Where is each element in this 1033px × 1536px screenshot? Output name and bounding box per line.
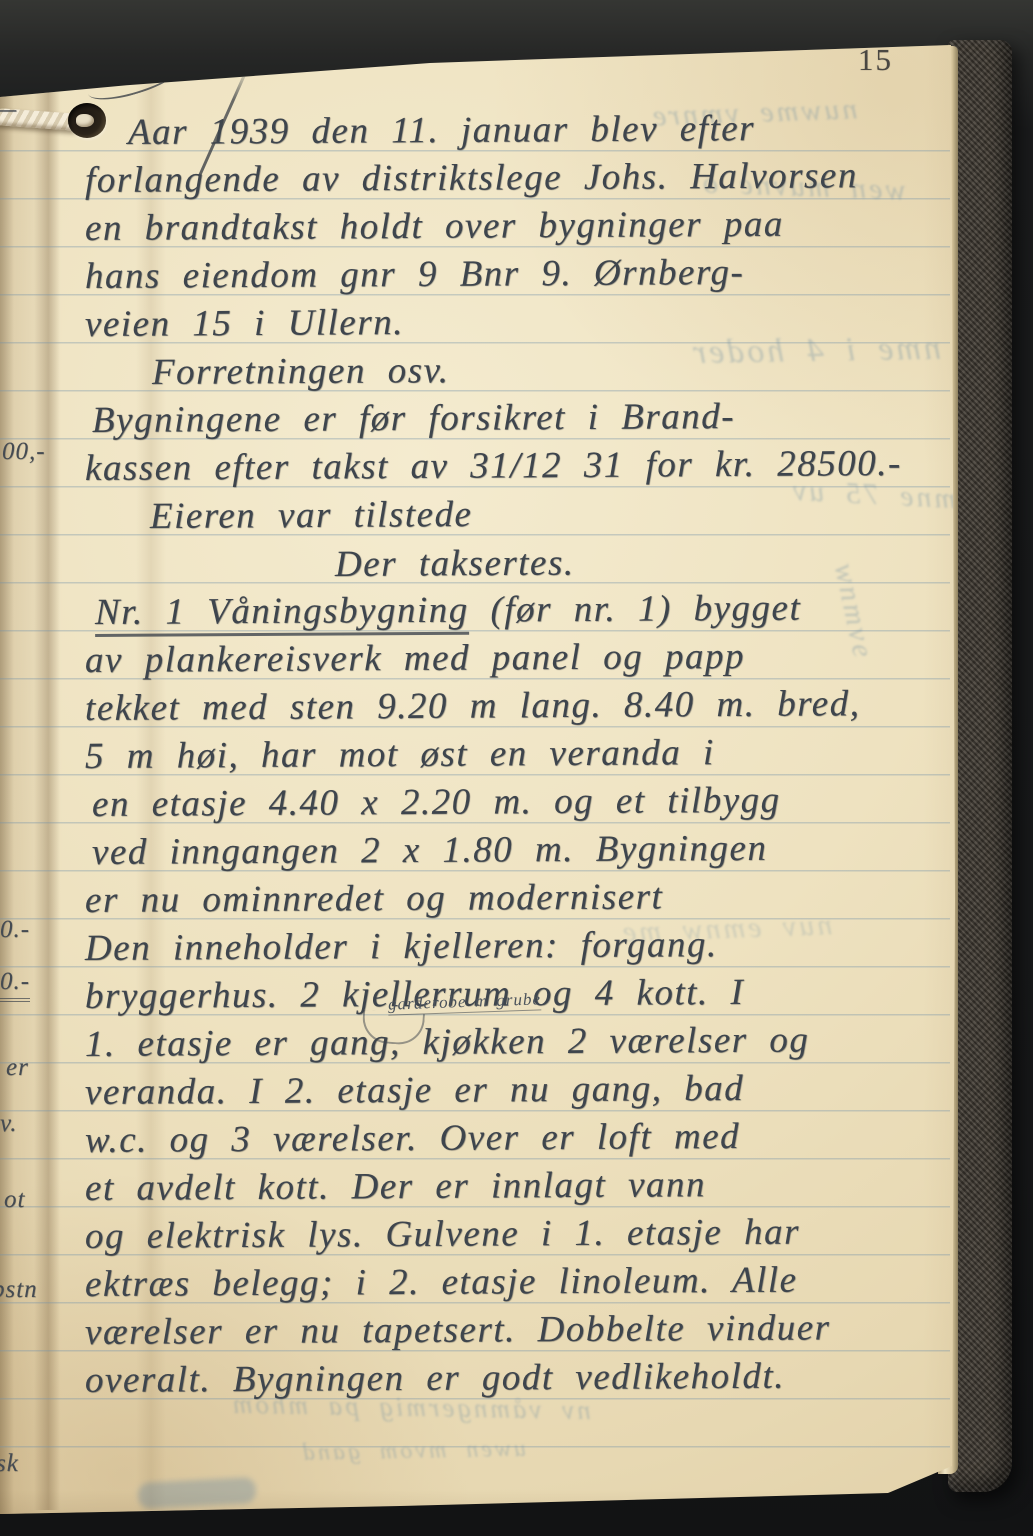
- manuscript-line: av plankereisverk med panel og papp: [85, 636, 745, 686]
- manuscript-line: tekket med sten 9.20 m lang. 8.40 m. bre…: [85, 683, 861, 734]
- red-thread-mark: [116, 73, 123, 79]
- manuscript-line: er nu ominnredet og modernisert: [85, 876, 664, 926]
- margin-fragment: —: [0, 96, 17, 124]
- annotation-flourish: [84, 53, 184, 108]
- manuscript-line: Aar 1939 den 11. januar blev efter: [128, 108, 755, 158]
- manuscript-line: veien 15 i Ullern.: [85, 302, 404, 350]
- manuscript-line: forlangende av distriktslege Johs. Halvo…: [85, 155, 858, 206]
- manuscript-line: kassen efter takst av 31/12 31 for kr. 2…: [85, 443, 902, 494]
- ink-blot-bleed: [137, 1477, 256, 1509]
- manuscript-line-heading: Nr. 1 Våningsbygning (før nr. 1) bygget: [95, 588, 801, 638]
- manuscript-line: 1. etasje er gang, kjøkken 2 værelser og: [85, 1020, 810, 1070]
- margin-fragment: 0.-: [0, 968, 30, 1002]
- manuscript-line: ektræs belegg; i 2. etasje linoleum. All…: [85, 1260, 798, 1310]
- manuscript-line: Forretningen osv.: [152, 350, 450, 398]
- page-number: 15: [858, 42, 893, 78]
- manuscript-line: w.c. og 3 værelser. Over er loft med: [85, 1116, 740, 1166]
- manuscript-line: et avdelt kott. Der er innlagt vann: [85, 1164, 706, 1214]
- binding-cord-end: [76, 114, 94, 127]
- manuscript-line: og elektrisk lys. Gulvene i 1. etasje ha…: [85, 1212, 800, 1262]
- bleedthrough-mark: nme i 4 hoder: [690, 330, 942, 372]
- margin-fragment: 0.-: [0, 916, 30, 944]
- margin-fragment: er: [6, 1054, 29, 1082]
- manuscript-line: veranda. I 2. etasje er nu gang, bad: [85, 1068, 744, 1118]
- margin-fragment: 00,-: [2, 438, 46, 466]
- manuscript-line: overalt. Bygningen er godt vedlikeholdt.: [85, 1356, 785, 1406]
- manuscript-line: Den inneholder i kjelleren: forgang.: [85, 924, 718, 974]
- ledger-page: nuwme vmnre wen muvne o nme i 4 hoder mn…: [0, 0, 1033, 1536]
- manuscript-line: Der taksertes.: [335, 543, 575, 590]
- manuscript-line: værelser er nu tapetsert. Dobbelte vindu…: [85, 1307, 831, 1358]
- bleedthrough-mark: wnmve: [827, 560, 881, 663]
- margin-fragment: v.: [0, 1110, 18, 1138]
- manuscript-line: en etasje 4.40 x 2.20 m. og et tilbygg: [92, 780, 781, 830]
- manuscript-line: 5 m høi, har mot øst en veranda i: [85, 732, 715, 782]
- manuscript-line: Bygningene er før forsikret i Brand-: [92, 396, 735, 446]
- margin-fragment: sk: [0, 1450, 19, 1478]
- manuscript-line: Eieren var tilstede: [150, 494, 473, 542]
- manuscript-line: en brandtakst holdt over bygninger paa: [85, 204, 784, 254]
- bleedthrough-mark: uwen mvom gand: [300, 1436, 526, 1467]
- scanned-ledger-photo: nuwme vmnre wen muvne o nme i 4 hoder mn…: [0, 0, 1033, 1536]
- manuscript-line: ved inngangen 2 x 1.80 m. Bygningen: [92, 828, 768, 878]
- manuscript-line: hans eiendom gnr 9 Bnr 9. Ørnberg-: [85, 252, 745, 302]
- margin-fragment: bstn: [0, 1276, 38, 1304]
- margin-fragment: ot: [4, 1186, 25, 1214]
